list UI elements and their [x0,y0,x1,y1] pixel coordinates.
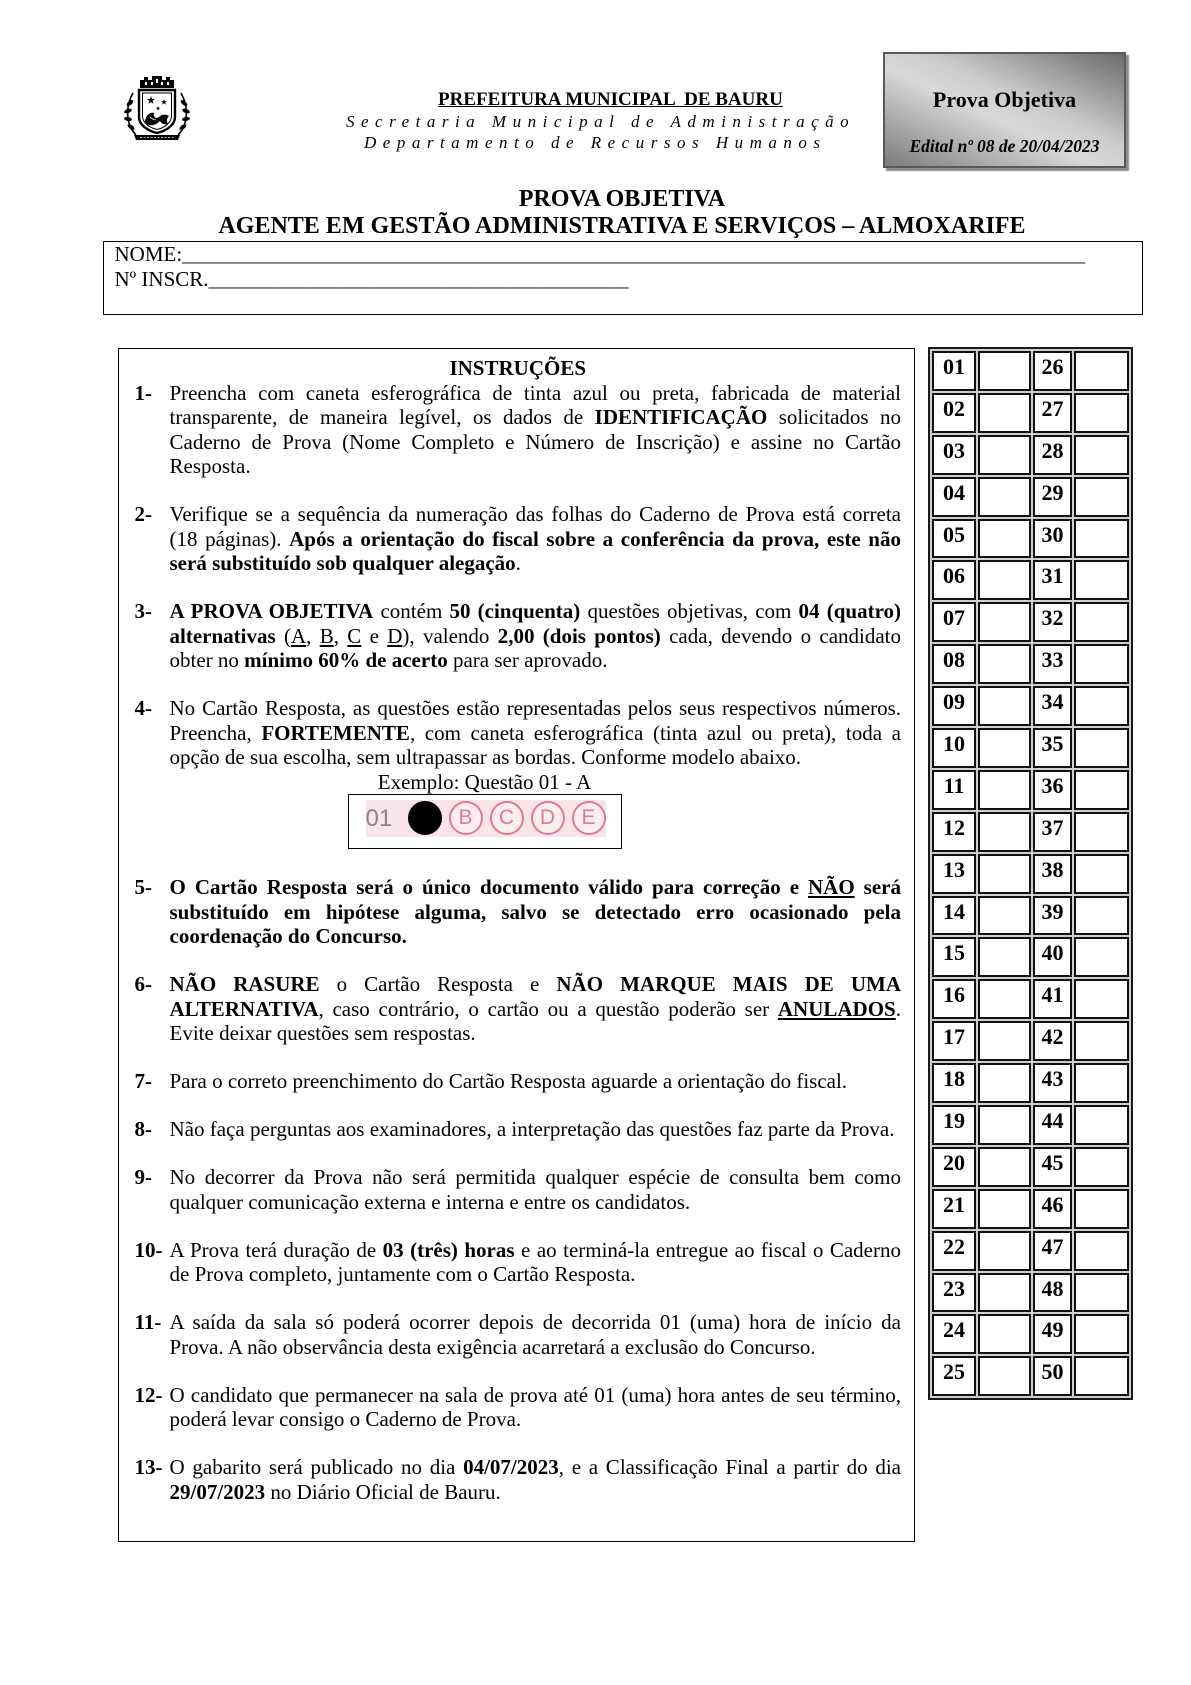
question-number: 29 [1033,477,1072,517]
answer-cell [1074,686,1129,726]
answer-cell [1074,1021,1129,1061]
emphasis-text: mínimo 60% de acerto [244,648,448,672]
question-number: 47 [1033,1231,1072,1271]
answer-cell [1074,1314,1129,1354]
answer-cell [1074,393,1129,433]
question-number: 11 [932,770,976,810]
item-number: 11- [135,1310,170,1359]
answer-cell [1074,854,1129,894]
text-run: Para o correto preenchimento do Cartão R… [170,1069,848,1093]
option-bubble-b: B [449,801,483,835]
badge-title: Prova Objetiva [885,86,1124,114]
question-number: 03 [932,435,976,475]
question-number: 43 [1033,1063,1072,1103]
question-number: 38 [1033,854,1072,894]
example-answer-row: 01 BCDE [348,794,622,849]
text-run: , e a Classificação Final a partir do di… [559,1455,901,1479]
answer-cell [1074,1356,1129,1396]
item-number: 8- [135,1117,170,1142]
emphasis-text: B [320,624,334,648]
item-number: 3- [135,599,170,673]
emphasis-text: ANULADOS [778,997,896,1021]
item-number: 6- [135,972,170,1046]
instructions-heading: INSTRUÇÕES [135,356,902,381]
text-run: O candidato que permanecer na sala de pr… [170,1383,902,1432]
answer-grid-row: 1540 [932,937,1129,977]
answer-grid-row: 2348 [932,1273,1129,1313]
question-number: 07 [932,602,976,642]
answer-cell [978,602,1031,642]
example-bubble-band: 01 BCDE [366,800,606,837]
question-number: 24 [932,1314,976,1354]
instruction-item: 6-NÃO RASURE o Cartão Resposta e NÃO MAR… [135,972,902,1046]
answer-cell [978,477,1031,517]
question-number: 35 [1033,728,1072,768]
item-number: 2- [135,502,170,576]
text-run: questões objetivas, com [580,599,798,623]
answer-cell [978,979,1031,1019]
answer-grid-row: 0530 [932,519,1129,559]
answer-grid-row: 1742 [932,1021,1129,1061]
answer-cell [1074,728,1129,768]
question-number: 44 [1033,1105,1072,1145]
item-text: A Prova terá duração de 03 (três) horas … [170,1238,902,1287]
text-run: A saída da sala só poderá ocorrer depois… [170,1310,902,1359]
emphasis-text: FORTEMENTE [261,721,410,745]
emphasis-text: 03 (três) horas [383,1238,515,1262]
answer-grid-row: 0429 [932,477,1129,517]
question-number: 46 [1033,1189,1072,1229]
answer-cell [978,1356,1031,1396]
answer-cell [978,1021,1031,1061]
answer-grid-row: 1944 [932,1105,1129,1145]
instruction-item: 12-O candidato que permanecer na sala de… [135,1383,902,1432]
answer-grid-row: 0833 [932,644,1129,684]
inscription-field: ________________________________________ [209,267,629,291]
instructions-box: INSTRUÇÕES 1-Preencha com caneta esferog… [118,348,915,1542]
answer-cell [978,1231,1031,1271]
answer-grid-table: 0126022703280429053006310732083309341035… [928,347,1133,1400]
answer-cell [1074,351,1129,391]
question-number: 16 [932,979,976,1019]
instruction-item: 11-A saída da sala só poderá ocorrer dep… [135,1310,902,1359]
item-number: 10- [135,1238,170,1287]
item-text: Não faça perguntas aos examinadores, a i… [170,1117,902,1142]
answer-cell [978,812,1031,852]
item-text: Preencha com caneta esferográfica de tin… [170,381,902,479]
answer-grid-row: 0631 [932,560,1129,600]
answer-cell [1074,770,1129,810]
answer-cell [1074,979,1129,1019]
instruction-item: 10-A Prova terá duração de 03 (três) hor… [135,1238,902,1287]
answer-grid-row: 2449 [932,1314,1129,1354]
item-number: 4- [135,696,170,770]
question-number: 41 [1033,979,1072,1019]
question-number: 50 [1033,1356,1072,1396]
emphasis-text: D [387,624,402,648]
instruction-item: 1-Preencha com caneta esferográfica de t… [135,381,902,479]
inscription-row: Nº INSCR._______________________________… [115,267,1143,292]
text-run: para ser aprovado. [448,648,608,672]
item-text: No Cartão Resposta, as questões estão re… [170,696,902,770]
question-number: 18 [932,1063,976,1103]
answer-cell [1074,1063,1129,1103]
answer-grid: 0126022703280429053006310732083309341035… [928,347,1133,1400]
answer-cell [1074,519,1129,559]
name-label: NOME: [115,242,183,266]
answer-grid-row: 1338 [932,854,1129,894]
question-number: 39 [1033,896,1072,936]
text-run: A Prova terá duração de [170,1238,383,1262]
emphasis-text: 50 (cinquenta) [449,599,580,623]
text-run: ), valendo [402,624,497,648]
coat-of-arms-icon [120,73,194,145]
text-run: ( [276,624,291,648]
item-text: No decorrer da Prova não será permitida … [170,1165,902,1214]
text-run: contém [373,599,449,623]
answer-grid-row: 2146 [932,1189,1129,1229]
answer-cell [978,854,1031,894]
answer-cell [1074,477,1129,517]
item-text: Verifique se a sequência da numeração da… [170,502,902,576]
emphasis-text: NÃO [808,875,855,899]
text-run: no Diário Oficial de Bauru. [265,1480,501,1504]
item-text: O Cartão Resposta será o único documento… [170,875,902,949]
question-number: 31 [1033,560,1072,600]
question-number: 26 [1033,351,1072,391]
department-name: Departamento de Recursos Humanos [364,132,827,154]
answer-cell [978,1063,1031,1103]
answer-cell [1074,1273,1129,1313]
text-run: , [334,624,348,648]
emphasis-text: 04/07/2023 [463,1455,559,1479]
item-text: O gabarito será publicado no dia 04/07/2… [170,1455,902,1504]
answer-grid-row: 0227 [932,393,1129,433]
question-number: 08 [932,644,976,684]
question-number: 45 [1033,1147,1072,1187]
question-number: 34 [1033,686,1072,726]
answer-cell [978,1189,1031,1229]
answer-cell [1074,602,1129,642]
instructions-list-part-2: 5-O Cartão Resposta será o único documen… [135,875,902,1504]
answer-cell [1074,1189,1129,1229]
answer-cell [978,435,1031,475]
text-run: o Cartão Resposta e [320,972,557,996]
instruction-item: 7-Para o correto preenchimento do Cartão… [135,1069,902,1094]
instruction-item: 5-O Cartão Resposta será o único documen… [135,875,902,949]
question-number: 14 [932,896,976,936]
emphasis-text: A [291,624,306,648]
answer-cell [978,393,1031,433]
question-number: 32 [1033,602,1072,642]
text-run: . [516,551,521,575]
answer-grid-row: 2045 [932,1147,1129,1187]
answer-cell [978,728,1031,768]
emphasis-text: IDENTIFICAÇÃO [595,405,768,429]
instruction-item: 8-Não faça perguntas aos examinadores, a… [135,1117,902,1142]
answer-grid-row: 1136 [932,770,1129,810]
answer-example: Exemplo: Questão 01 - A 01 BCDE [348,770,622,850]
question-number: 19 [932,1105,976,1145]
item-number: 12- [135,1383,170,1432]
text-run: , caso contrário, o cartão ou a questão … [319,997,778,1021]
emphasis-text: C [347,624,361,648]
exam-type-badge: Prova Objetiva Edital nº 08 de 20/04/202… [883,52,1126,168]
answer-grid-row: 1237 [932,812,1129,852]
page-subtitle: AGENTE EM GESTÃO ADMINISTRATIVA E SERVIÇ… [122,213,1122,240]
answer-cell [1074,812,1129,852]
question-number: 40 [1033,937,1072,977]
inscription-label: Nº INSCR. [115,267,209,291]
answer-cell [978,1147,1031,1187]
emphasis-text: A PROVA OBJETIVA [170,599,374,623]
name-row: NOME:___________________________________… [115,242,1143,267]
option-bubble-e: E [572,801,606,835]
answer-cell [978,1314,1031,1354]
example-question-number: 01 [366,800,393,837]
question-number: 02 [932,393,976,433]
item-number: 1- [135,381,170,479]
answer-grid-row: 0732 [932,602,1129,642]
item-number: 9- [135,1165,170,1214]
answer-cell [1074,1231,1129,1271]
answer-cell [978,896,1031,936]
option-bubble-a [408,801,442,835]
emphasis-text: NÃO RASURE [170,972,320,996]
instructions-list-part-1: 1-Preencha com caneta esferográfica de t… [135,381,902,770]
answer-cell [978,1105,1031,1145]
answer-cell [1074,937,1129,977]
text-run: , [306,624,320,648]
page-title: PROVA OBJETIVA [122,186,1122,213]
text-run: No decorrer da Prova não será permitida … [170,1165,902,1214]
answer-grid-row: 1035 [932,728,1129,768]
item-number: 5- [135,875,170,949]
emphasis-text: 2,00 (dois pontos) [498,624,661,648]
question-number: 01 [932,351,976,391]
emphasis-text: O Cartão Resposta será o único documento… [170,875,809,899]
institution-name: PREFEITURA MUNICIPAL DE BAURU [438,89,783,111]
answer-grid-row: 1641 [932,979,1129,1019]
question-number: 05 [932,519,976,559]
answer-cell [1074,896,1129,936]
answer-cell [978,644,1031,684]
option-bubble-d: D [531,801,565,835]
secretariat-name: Secretaria Municipal de Administração [346,111,855,133]
question-number: 27 [1033,393,1072,433]
answer-grid-row: 0934 [932,686,1129,726]
item-text: Para o correto preenchimento do Cartão R… [170,1069,902,1094]
instruction-item: 2-Verifique se a sequência da numeração … [135,502,902,576]
answer-cell [1074,435,1129,475]
instruction-item: 3-A PROVA OBJETIVA contém 50 (cinquenta)… [135,599,902,673]
answer-grid-row: 2247 [932,1231,1129,1271]
answer-grid-row: 0126 [932,351,1129,391]
text-run: O gabarito será publicado no dia [170,1455,464,1479]
answer-cell [978,1273,1031,1313]
text-run: Não faça perguntas aos examinadores, a i… [170,1117,895,1141]
text-run: e [361,624,387,648]
instruction-item: 4-No Cartão Resposta, as questões estão … [135,696,902,770]
answer-cell [978,519,1031,559]
question-number: 13 [932,854,976,894]
answer-cell [1074,1147,1129,1187]
answer-cell [978,351,1031,391]
candidate-identification-box: NOME:___________________________________… [103,241,1143,315]
name-field: ________________________________________… [182,242,1085,266]
question-number: 17 [932,1021,976,1061]
answer-cell [978,686,1031,726]
question-number: 15 [932,937,976,977]
item-number: 7- [135,1069,170,1094]
item-text: O candidato que permanecer na sala de pr… [170,1383,902,1432]
question-number: 25 [932,1356,976,1396]
emphasis-text: 29/07/2023 [170,1480,266,1504]
instruction-item: 13-O gabarito será publicado no dia 04/0… [135,1455,902,1504]
item-text: NÃO RASURE o Cartão Resposta e NÃO MARQU… [170,972,902,1046]
question-number: 30 [1033,519,1072,559]
answer-cell [1074,644,1129,684]
item-text: A saída da sala só poderá ocorrer depois… [170,1310,902,1359]
question-number: 28 [1033,435,1072,475]
question-number: 49 [1033,1314,1072,1354]
option-bubble-c: C [490,801,524,835]
question-number: 04 [932,477,976,517]
answer-grid-row: 0328 [932,435,1129,475]
answer-grid-row: 2550 [932,1356,1129,1396]
answer-cell [978,560,1031,600]
question-number: 22 [932,1231,976,1271]
instruction-item: 9-No decorrer da Prova não será permitid… [135,1165,902,1214]
question-number: 37 [1033,812,1072,852]
exam-cover-page: PREFEITURA MUNICIPAL DE BAURU Secretaria… [0,0,1191,1685]
question-number: 10 [932,728,976,768]
question-number: 33 [1033,644,1072,684]
answer-cell [1074,1105,1129,1145]
question-number: 36 [1033,770,1072,810]
example-caption: Exemplo: Questão 01 - A [348,770,622,795]
answer-cell [978,937,1031,977]
answer-cell [1074,560,1129,600]
item-number: 13- [135,1455,170,1504]
item-text: A PROVA OBJETIVA contém 50 (cinquenta) q… [170,599,902,673]
question-number: 23 [932,1273,976,1313]
question-number: 42 [1033,1021,1072,1061]
question-number: 09 [932,686,976,726]
question-number: 06 [932,560,976,600]
question-number: 48 [1033,1273,1072,1313]
answer-cell [978,770,1031,810]
answer-grid-row: 1439 [932,896,1129,936]
question-number: 21 [932,1189,976,1229]
answer-grid-row: 1843 [932,1063,1129,1103]
badge-edital: Edital nº 08 de 20/04/2023 [885,135,1124,157]
question-number: 20 [932,1147,976,1187]
question-number: 12 [932,812,976,852]
